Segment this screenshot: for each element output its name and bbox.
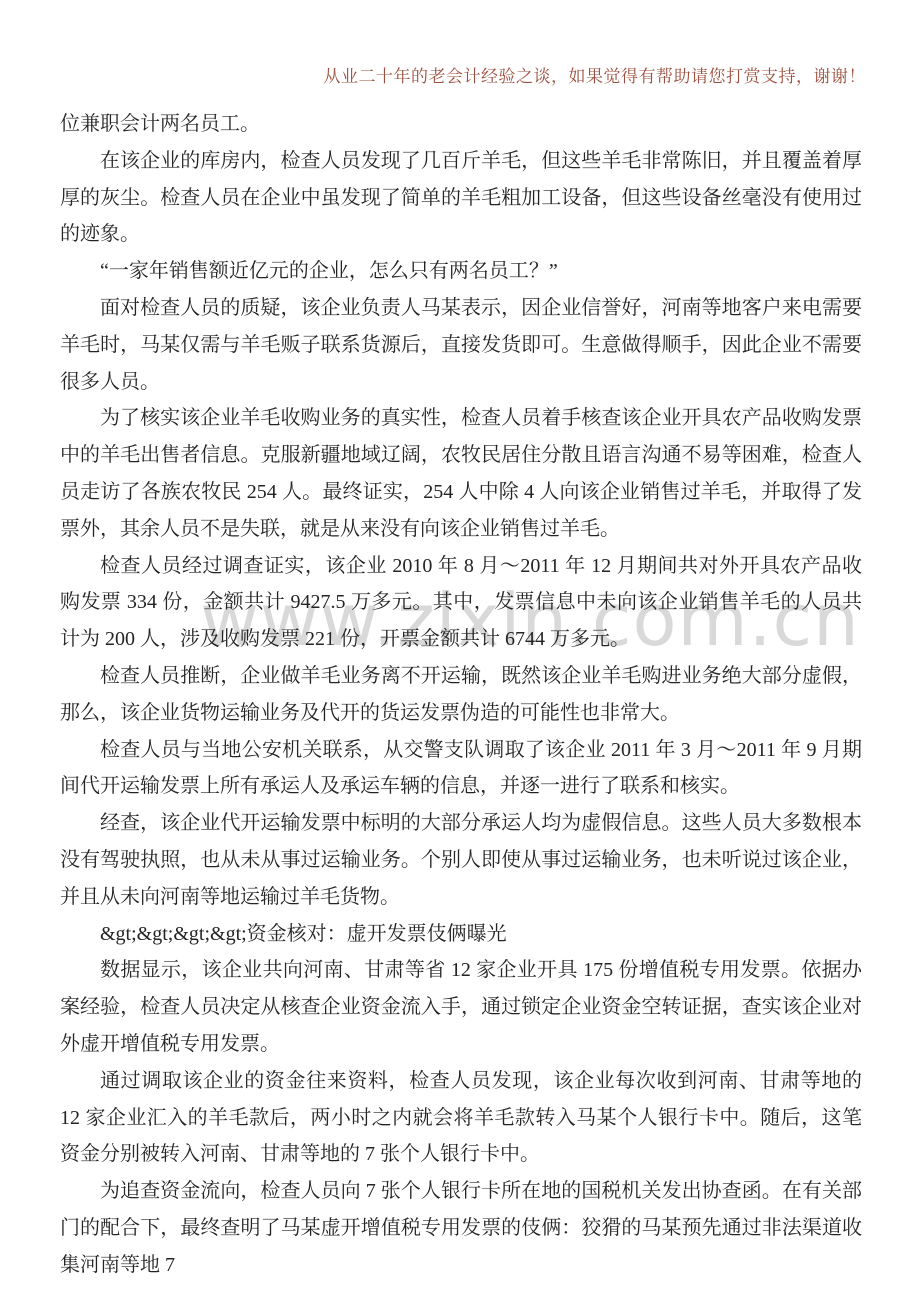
paragraph: 为追查资金流向，检查人员向 7 张个人银行卡所在地的国税机关发出协查函。在有关部… [60, 1173, 862, 1283]
paragraph: 经查，该企业代开运输发票中标明的大部分承运人均为虚假信息。这些人员大多数根本没有… [60, 805, 862, 915]
paragraph: 位兼职会计两名员工。 [60, 106, 862, 143]
paragraph: 数据显示，该企业共向河南、甘肃等省 12 家企业开具 175 份增值税专用发票。… [60, 952, 862, 1062]
paragraph: 检查人员经过调查证实，该企业 2010 年 8 月～2011 年 12 月期间共… [60, 548, 862, 658]
paragraph: 检查人员与当地公安机关联系，从交警支队调取了该企业 2011 年 3 月～201… [60, 732, 862, 806]
paragraph: 检查人员推断，企业做羊毛业务离不开运输，既然该企业羊毛购进业务绝大部分虚假，那么… [60, 658, 862, 732]
paragraph: 通过调取该企业的资金往来资料，检查人员发现，该企业每次收到河南、甘肃等地的 12… [60, 1063, 862, 1173]
header-note: 从业二十年的老会计经验之谈，如果觉得有帮助请您打赏支持，谢谢！ [324, 62, 867, 87]
paragraph: 面对检查人员的质疑，该企业负责人马某表示，因企业信誉好，河南等地客户来电需要羊毛… [60, 290, 862, 400]
paragraph: “一家年销售额近亿元的企业，怎么只有两名员工？” [60, 253, 862, 290]
paragraph: 在该企业的库房内，检查人员发现了几百斤羊毛，但这些羊毛非常陈旧，并且覆盖着厚厚的… [60, 143, 862, 253]
document-body: 位兼职会计两名员工。在该企业的库房内，检查人员发现了几百斤羊毛，但这些羊毛非常陈… [60, 106, 862, 1284]
paragraph: &gt;&gt;&gt;&gt;资金核对：虚开发票伎俩曝光 [60, 916, 862, 953]
document-page: 从业二十年的老会计经验之谈，如果觉得有帮助请您打赏支持，谢谢！ www.zixi… [0, 0, 920, 1302]
paragraph: 为了核实该企业羊毛收购业务的真实性，检查人员着手核查该企业开具农产品收购发票中的… [60, 400, 862, 547]
